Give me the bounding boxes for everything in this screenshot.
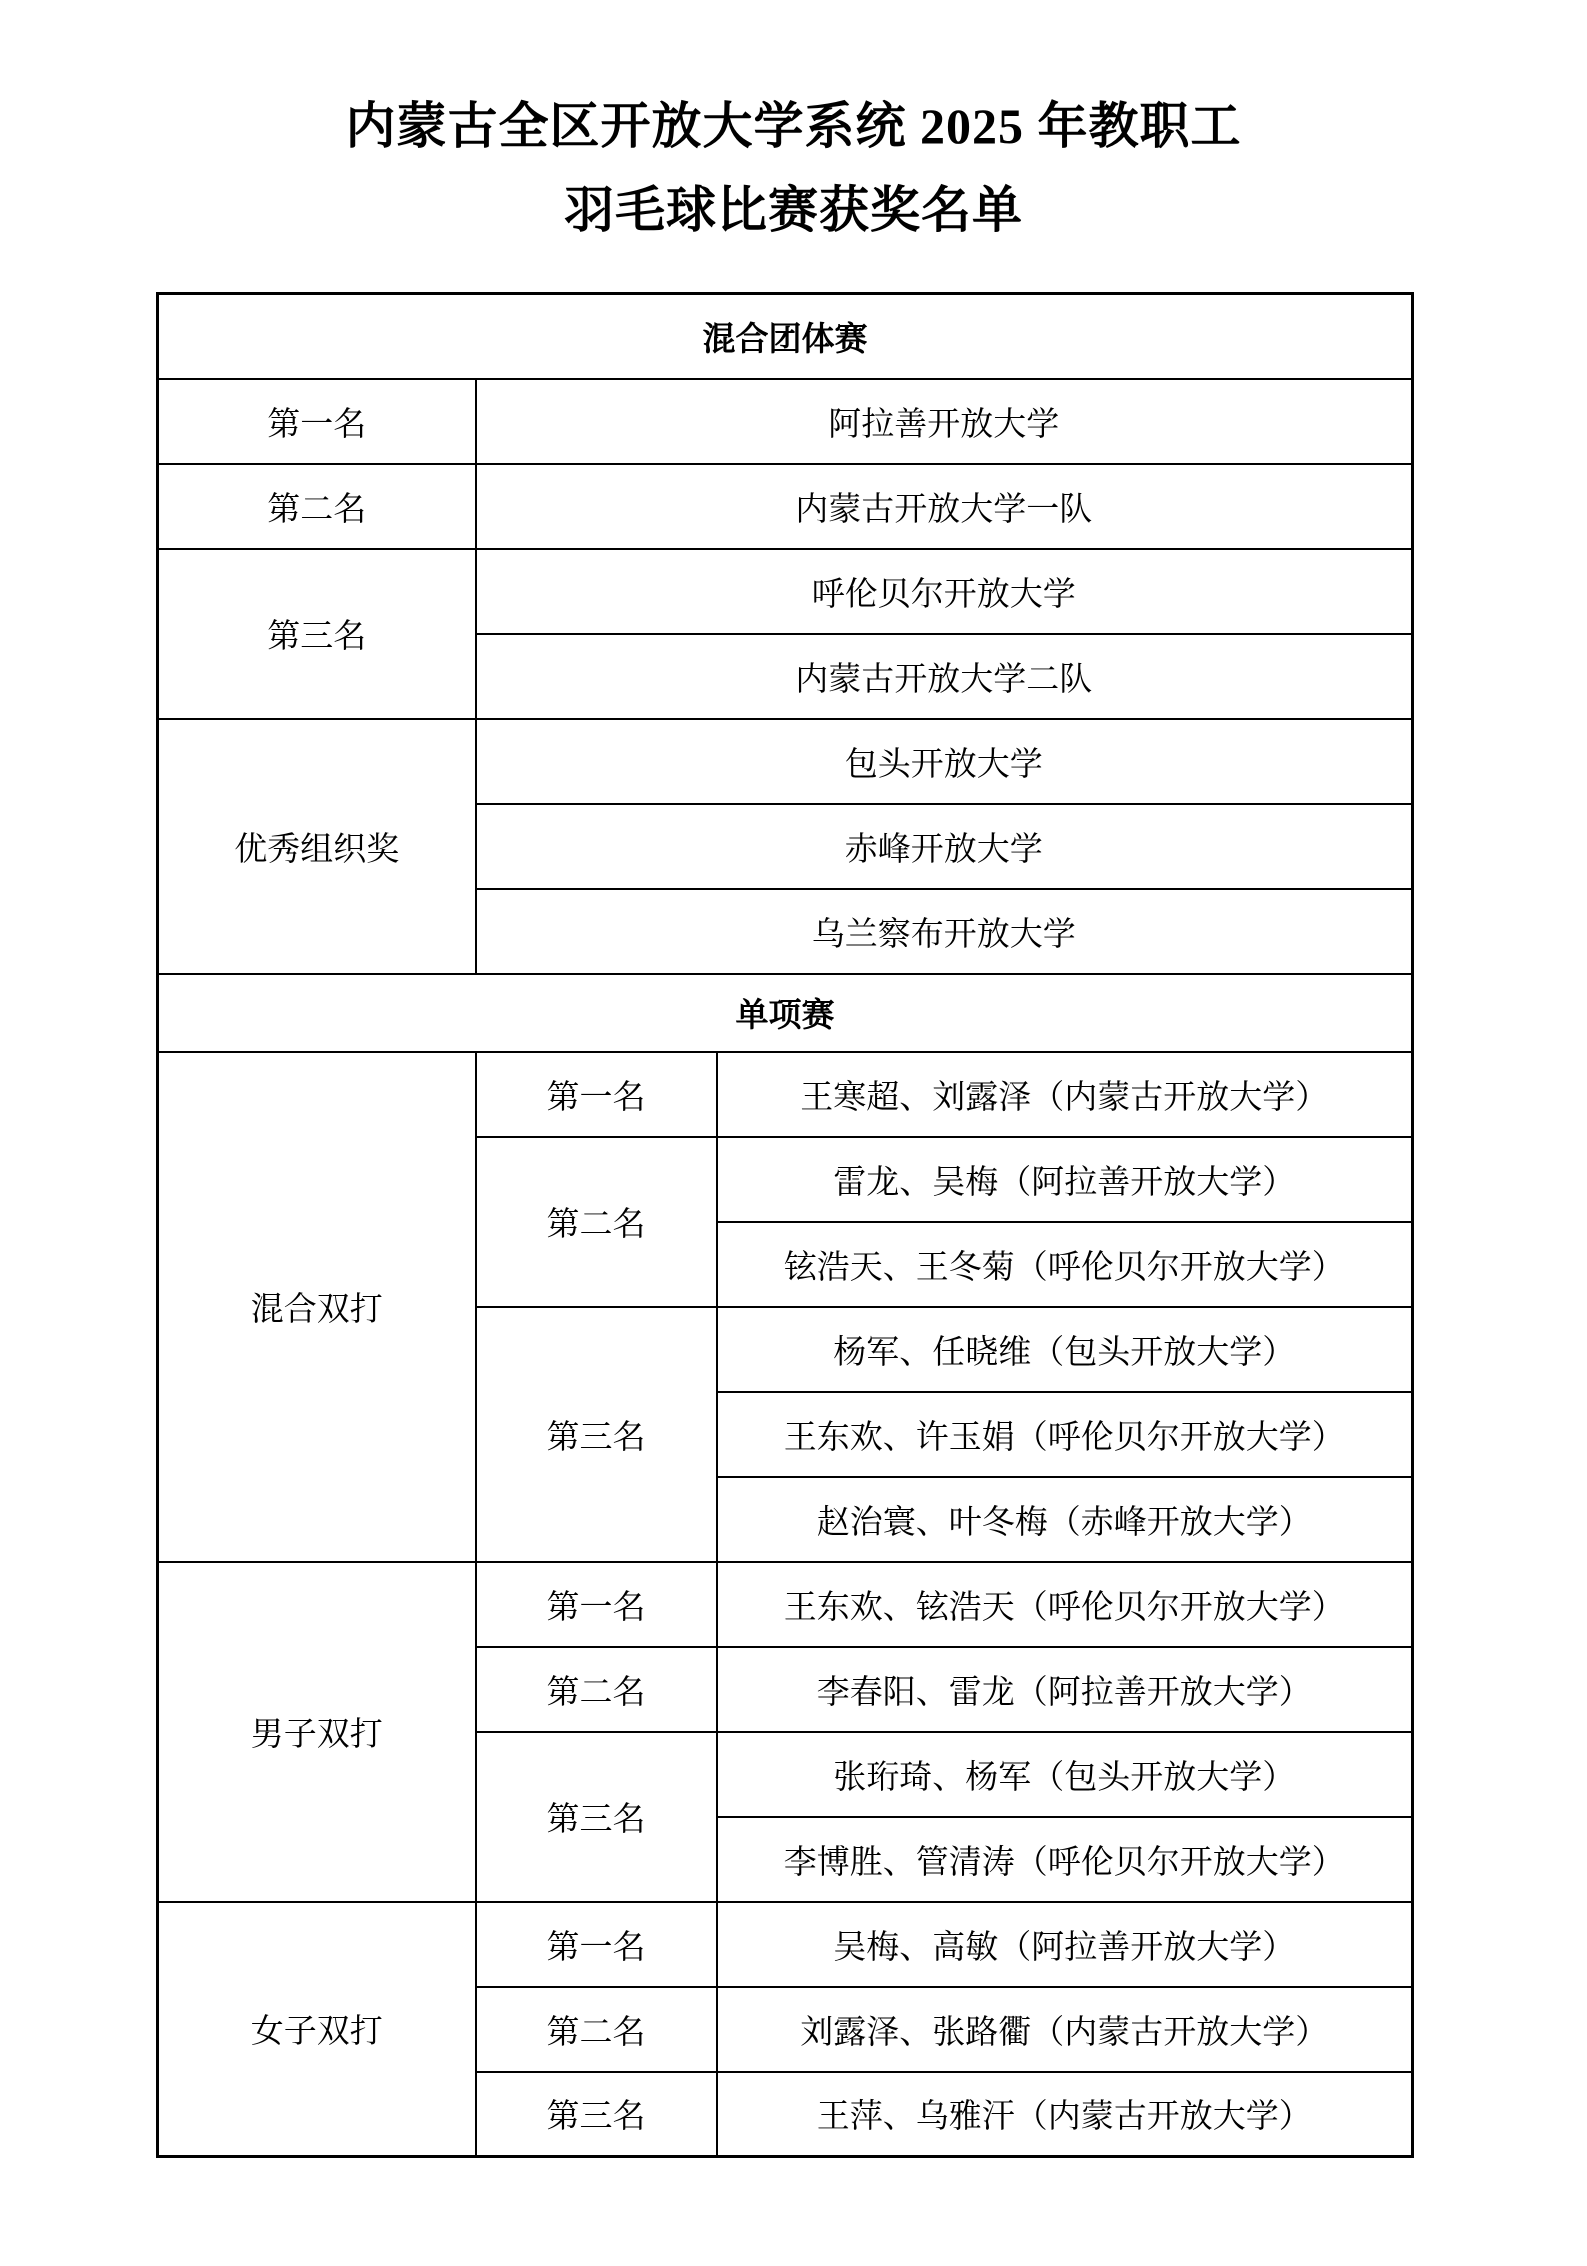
doc-title-line1: 内蒙古全区开放大学系统 2025 年教职工 (0, 84, 1587, 168)
winners-cell: 雷龙、吴梅（阿拉善开放大学） (717, 1137, 1413, 1222)
rank-cell: 第二名 (476, 1987, 717, 2072)
rank-cell: 第一名 (476, 1902, 717, 1987)
event-category-cell: 混合双打 (158, 1052, 476, 1562)
event-category-cell: 男子双打 (158, 1562, 476, 1902)
winners-cell: 王寒超、刘露泽（内蒙古开放大学） (717, 1052, 1413, 1137)
winners-cell: 铉浩天、王冬菊（呼伦贝尔开放大学） (717, 1222, 1413, 1307)
rank-cell: 优秀组织奖 (158, 719, 476, 974)
team-cell: 内蒙古开放大学一队 (476, 464, 1413, 549)
rank-cell: 第一名 (476, 1562, 717, 1647)
rank-cell: 第一名 (476, 1052, 717, 1137)
winners-cell: 王东欢、铉浩天（呼伦贝尔开放大学） (717, 1562, 1413, 1647)
rank-cell: 第二名 (476, 1137, 717, 1307)
winners-cell: 李春阳、雷龙（阿拉善开放大学） (717, 1647, 1413, 1732)
team-cell: 内蒙古开放大学二队 (476, 634, 1413, 719)
team-cell: 阿拉善开放大学 (476, 379, 1413, 464)
rank-cell: 第二名 (158, 464, 476, 549)
awards-table: 混合团体赛 第一名 阿拉善开放大学 第二名 内蒙古开放大学一队 第三名 呼伦贝尔… (156, 292, 1414, 2158)
rank-cell: 第三名 (476, 1307, 717, 1562)
winners-cell: 赵治寰、叶冬梅（赤峰开放大学） (717, 1477, 1413, 1562)
team-cell: 乌兰察布开放大学 (476, 889, 1413, 974)
team-cell: 包头开放大学 (476, 719, 1413, 804)
section-header-team-event: 混合团体赛 (158, 294, 1413, 379)
document-page: 内蒙古全区开放大学系统 2025 年教职工 羽毛球比赛获奖名单 混合团体赛 第一… (0, 0, 1587, 2266)
doc-title: 内蒙古全区开放大学系统 2025 年教职工 羽毛球比赛获奖名单 (0, 0, 1587, 252)
rank-cell: 第三名 (158, 549, 476, 719)
section-header-individual-event: 单项赛 (158, 974, 1413, 1052)
winners-cell: 王东欢、许玉娟（呼伦贝尔开放大学） (717, 1392, 1413, 1477)
doc-title-line2: 羽毛球比赛获奖名单 (0, 168, 1587, 252)
team-cell: 赤峰开放大学 (476, 804, 1413, 889)
team-cell: 呼伦贝尔开放大学 (476, 549, 1413, 634)
rank-cell: 第三名 (476, 1732, 717, 1902)
winners-cell: 刘露泽、张路衢（内蒙古开放大学） (717, 1987, 1413, 2072)
rank-cell: 第三名 (476, 2072, 717, 2157)
winners-cell: 李博胜、管清涛（呼伦贝尔开放大学） (717, 1817, 1413, 1902)
winners-cell: 杨军、任晓维（包头开放大学） (717, 1307, 1413, 1392)
event-category-cell: 女子双打 (158, 1902, 476, 2157)
winners-cell: 张珩琦、杨军（包头开放大学） (717, 1732, 1413, 1817)
rank-cell: 第二名 (476, 1647, 717, 1732)
rank-cell: 第一名 (158, 379, 476, 464)
winners-cell: 王萍、乌雅汗（内蒙古开放大学） (717, 2072, 1413, 2157)
winners-cell: 吴梅、高敏（阿拉善开放大学） (717, 1902, 1413, 1987)
